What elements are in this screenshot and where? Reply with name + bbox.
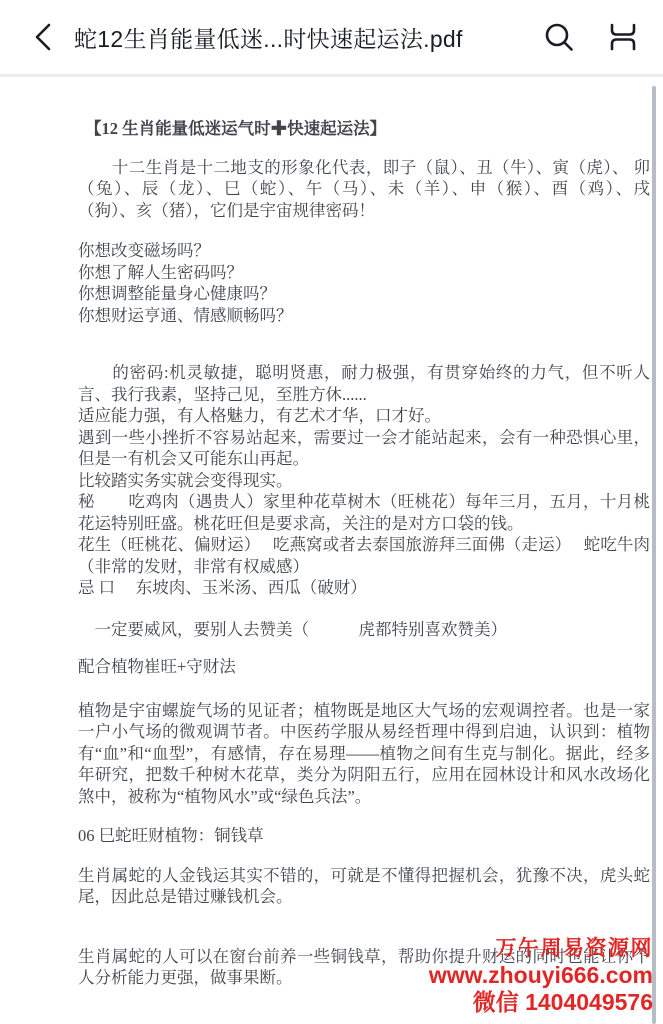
scrollbar[interactable] (652, 86, 656, 1024)
reader-mode-icon (606, 22, 640, 52)
doc-paragraph-intro: 十二生肖是十二地支的形象化代表，即子（鼠）、丑（牛）、寅（虎）、 卯（兔）、辰（… (78, 157, 650, 222)
doc-paragraph-money-luck: 生肖属蛇的人金钱运其实不错的，可就是不懂得把握机会，犹豫不决，虎头蛇尾，因此总是… (78, 865, 650, 908)
doc-paragraph-setback: 遇到一些小挫折不容易站起来，需要过一会才能站起来，会有一种恐惧心里，但是一有机会… (78, 427, 650, 470)
doc-paragraph-plant-method: 配合植物崔旺+守财法 (78, 656, 650, 678)
doc-paragraph-plant-theory: 植物是宇宙螺旋气场的见证者；植物既是地区大气场的宏观调控者。也是一家一户小气场的… (78, 700, 650, 808)
doc-paragraph-secret: 的密码:机灵敏捷，聪明贤惠，耐力极强，有贯穿始终的力气，但不听人言、我行我素，坚… (78, 362, 650, 405)
doc-paragraph-taboo: 忌 口 东坡肉、玉米汤、西瓜（破财） (78, 577, 650, 599)
doc-question: 你想调整能量身心健康吗？ (78, 283, 650, 305)
back-button[interactable] (26, 20, 60, 54)
search-icon (542, 20, 576, 54)
doc-paragraph-tips: 秘 吃鸡肉（遇贵人）家里种花草树木（旺桃花）每年三月，五月，十月桃花运特别旺盛。… (78, 491, 650, 534)
page-title: 蛇12生肖能量低迷...时快速起运法.pdf (74, 21, 463, 54)
reader-mode-button[interactable] (603, 17, 643, 57)
header-divider (0, 74, 663, 77)
doc-paragraph-foods: 花生（旺桃花、偏财运） 吃燕窝或者去泰国旅游拜三面佛（走运） 蛇吃牛肉（非常的发… (78, 534, 650, 577)
doc-paragraph-praise: 一定要威风，要别人去赞美（ 虎都特别喜欢赞美） (78, 619, 650, 641)
doc-paragraph-advice: 生肖属蛇的人可以在窗台前养一些铜钱草，帮助你提升财运的同时也能让你个人分析能力更… (78, 946, 650, 989)
doc-paragraph-realistic: 比较踏实务实就会变得现实。 (78, 470, 650, 492)
chevron-left-icon (30, 22, 56, 52)
watermark-wechat: 微信 1404049576 (429, 989, 653, 1016)
search-button[interactable] (539, 17, 579, 57)
doc-heading: 【12 生肖能量低迷运气时✚快速起运法】 (85, 118, 650, 140)
doc-question: 你想改变磁场吗？ (78, 240, 650, 262)
doc-question: 你想了解人生密码吗？ (78, 262, 650, 284)
pdf-reader-screen: 蛇12生肖能量低迷...时快速起运法.pdf 【12 生肖能量低迷运气时✚快速起… (0, 0, 663, 1024)
doc-paragraph-snake-plant: 06 巳蛇旺财植物：铜钱草 (78, 825, 650, 847)
pdf-page: 【12 生肖能量低迷运气时✚快速起运法】 十二生肖是十二地支的形象化代表，即子（… (78, 118, 650, 989)
doc-question: 你想财运亨通、情感顺畅吗？ (78, 305, 650, 327)
doc-paragraph-adapt: 适应能力强，有人格魅力，有艺术才华，口才好。 (78, 405, 650, 427)
app-bar: 蛇12生肖能量低迷...时快速起运法.pdf (0, 0, 663, 74)
